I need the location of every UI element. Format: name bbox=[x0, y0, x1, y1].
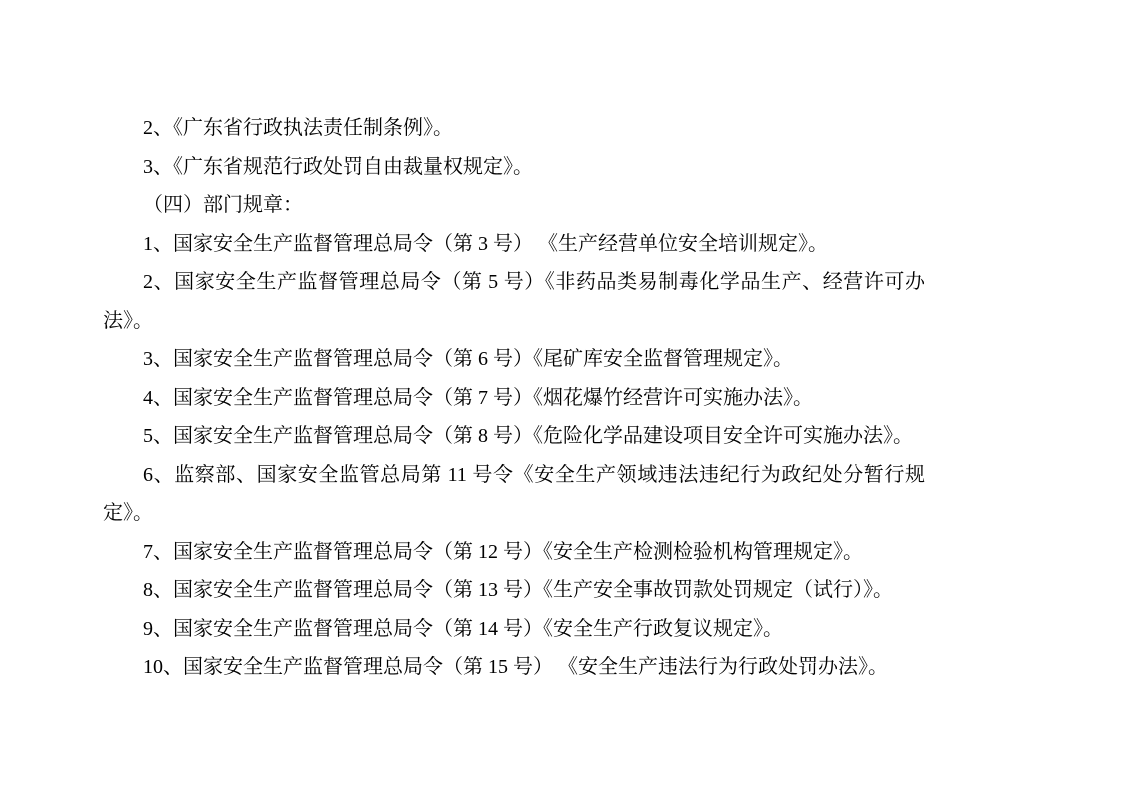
paragraph-list-item: 3、国家安全生产监督管理总局令（第 6 号）《尾矿库安全监督管理规定》。 bbox=[103, 340, 925, 379]
paragraph-list-item: 4、国家安全生产监督管理总局令（第 7 号）《烟花爆竹经营许可实施办法》。 bbox=[103, 379, 925, 418]
paragraph-section-heading: （四）部门规章： bbox=[103, 186, 925, 225]
paragraph-list-item: 5、国家安全生产监督管理总局令（第 8 号）《危险化学品建设项目安全许可实施办法… bbox=[103, 417, 925, 456]
document-text-block: 2、《广东省行政执法责任制条例》。 3、《广东省规范行政处罚自由裁量权规定》。 … bbox=[103, 109, 925, 687]
paragraph-list-item: 7、国家安全生产监督管理总局令（第 12 号）《安全生产检测检验机构管理规定》。 bbox=[103, 533, 925, 572]
paragraph-list-item: 2、《广东省行政执法责任制条例》。 bbox=[103, 109, 925, 148]
paragraph-list-item: 3、《广东省规范行政处罚自由裁量权规定》。 bbox=[103, 148, 925, 187]
paragraph-list-item: 8、国家安全生产监督管理总局令（第 13 号）《生产安全事故罚款处罚规定（试行）… bbox=[103, 571, 925, 610]
paragraph-list-item: 9、国家安全生产监督管理总局令（第 14 号）《安全生产行政复议规定》。 bbox=[103, 610, 925, 649]
paragraph-list-item: 10、国家安全生产监督管理总局令（第 15 号） 《安全生产违法行为行政处罚办法… bbox=[103, 648, 925, 687]
document-page: 2、《广东省行政执法责任制条例》。 3、《广东省规范行政处罚自由裁量权规定》。 … bbox=[0, 0, 1122, 793]
paragraph-list-item: 1、国家安全生产监督管理总局令（第 3 号） 《生产经营单位安全培训规定》。 bbox=[103, 225, 925, 264]
paragraph-list-item: 6、监察部、国家安全监管总局第 11 号令《安全生产领域违法违纪行为政纪处分暂行… bbox=[103, 456, 925, 533]
paragraph-list-item: 2、国家安全生产监督管理总局令（第 5 号）《非药品类易制毒化学品生产、经营许可… bbox=[103, 263, 925, 340]
